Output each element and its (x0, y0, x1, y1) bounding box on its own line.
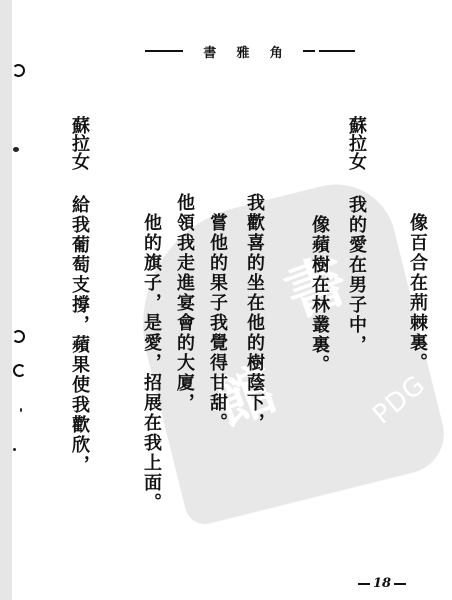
binding-hole-mark (12, 64, 25, 77)
verse-line: 他領我走進宴會的大廈， (173, 193, 195, 413)
header-char: 雅 (236, 42, 249, 61)
verse-line: 像百合在荊棘裏。 (406, 213, 428, 373)
header-char: 角 (270, 42, 283, 61)
binding-hole-mark (12, 330, 25, 343)
header-char: 書 (203, 42, 216, 61)
verse-line: 給我葡萄支撐，蘋果使我歡欣， (68, 195, 90, 475)
verse-line: 我歡喜的坐在他的樹蔭下， (243, 193, 265, 433)
header-rule-left (145, 50, 183, 52)
header-rule-right (303, 50, 355, 52)
page-number-value: 18 (373, 576, 391, 591)
page-number-dash (394, 583, 406, 585)
verse-line: 他的旗子，是愛，招展在我上面。 (140, 213, 162, 513)
verse-line: 嘗他的果子我覺得甘甜。 (206, 213, 228, 433)
page-number-dash (358, 583, 370, 585)
scan-speck (13, 448, 16, 451)
watermark-shape (118, 172, 452, 528)
speaker-label: 蘇拉女 (68, 116, 90, 170)
speaker-label: 蘇拉女 (345, 116, 367, 170)
running-header: 書 雅 角 (145, 43, 355, 59)
verse-line: 我的愛在男子中， (345, 195, 367, 355)
binding-edge-strip (0, 0, 12, 600)
binding-hole-mark (13, 364, 26, 377)
scan-speck (20, 408, 22, 412)
verse-line: 像蘋樹在林叢裏。 (308, 215, 330, 375)
scan-speck (13, 147, 19, 152)
page-number: 18 (358, 576, 406, 591)
